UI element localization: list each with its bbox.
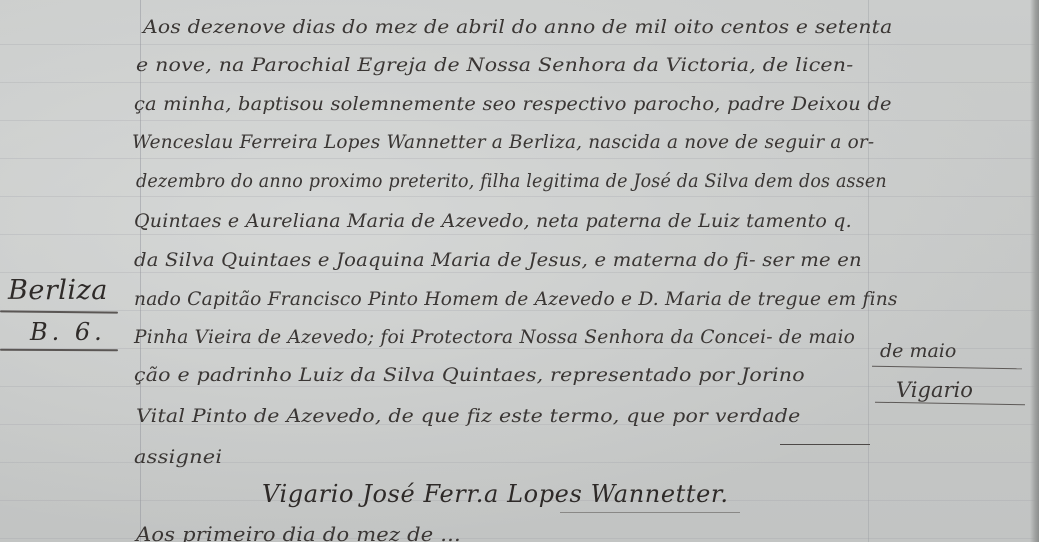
body-line-3: ça minha, baptisou solemnemente seo resp… (134, 93, 892, 115)
margin-child-name: Berliza (8, 275, 108, 306)
register-page: Berliza B. 6. Aos dezenove dias do mez d… (0, 0, 1039, 542)
ruling-line (0, 44, 1039, 45)
ruling-line (0, 82, 1039, 83)
body-line-5: dezembro do anno proximo preterito, filh… (136, 170, 887, 192)
body-line-11: Vital Pinto de Azevedo, de que fiz este … (136, 405, 801, 427)
page-edge (1030, 0, 1039, 542)
ruling-line (0, 310, 1039, 311)
side-note-underline (872, 366, 1022, 370)
side-note-underline (875, 402, 1025, 406)
body-line-8: nado Capitão Francisco Pinto Homem de Az… (134, 288, 898, 310)
ruling-line (0, 386, 1039, 387)
body-line-2: e nove, na Parochial Egreja de Nossa Sen… (136, 54, 853, 76)
side-note-date: de maio (880, 340, 956, 362)
body-line-6: Quintaes e Aureliana Maria de Azevedo, n… (134, 210, 852, 232)
margin-underline (0, 310, 118, 313)
body-line-10: ção e padrinho Luiz da Silva Quintaes, r… (134, 364, 805, 386)
body-line-1: Aos dezenove dias do mez de abril do ann… (143, 16, 892, 38)
line-filler-stroke (780, 444, 870, 445)
next-entry-start: Aos primeiro dia do mez de ... (136, 522, 461, 542)
ruling-line (0, 158, 1039, 159)
margin-underline (0, 349, 118, 352)
ruling-line (0, 120, 1039, 121)
ruling-line (0, 272, 1039, 273)
ruling-line (0, 234, 1039, 235)
body-line-7: da Silva Quintaes e Joaquina Maria de Je… (134, 249, 862, 271)
ruling-line (0, 196, 1039, 197)
margin-entry-code: B. 6. (30, 318, 106, 346)
body-line-12: assignei (134, 446, 222, 468)
side-note-signature: Vigario (896, 378, 973, 402)
signature-flourish (560, 512, 740, 513)
body-line-4: Wenceslau Ferreira Lopes Wannetter a Ber… (132, 131, 874, 153)
body-line-9: Pinha Vieira de Azevedo; foi Protectora … (134, 326, 855, 348)
vicar-signature: Vigario José Ferr.a Lopes Wannetter. (262, 480, 729, 508)
